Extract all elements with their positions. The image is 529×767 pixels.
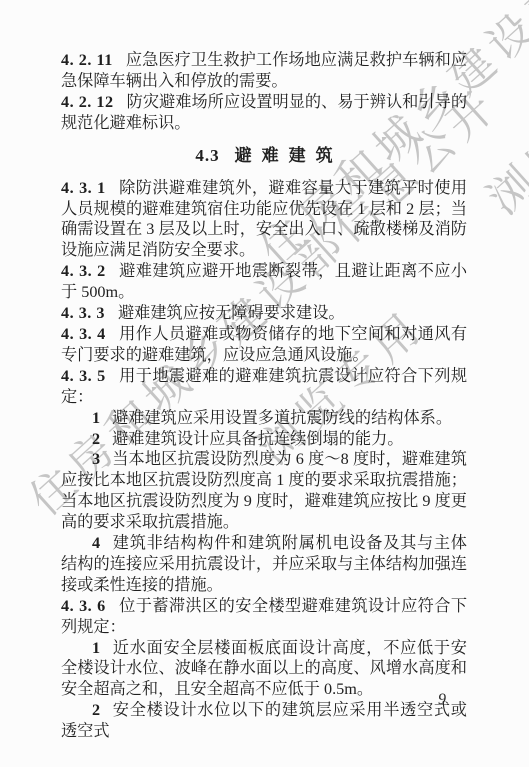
clause-number: 4. 3. 6 — [61, 597, 106, 615]
sub-item: 1避难建筑应采用设置多道抗震防线的结构体系。 — [61, 408, 467, 429]
clause-paragraph: 4. 3. 5用于地震避难的避难建筑抗震设计应符合下列规定： — [61, 366, 467, 408]
sub-item-number: 2 — [92, 701, 100, 719]
clause-text: 应急医疗卫生救护工作场地应满足救护车辆和应急保障车辆出入和停放的需要。 — [61, 51, 467, 90]
clause-number: 4. 3. 4 — [61, 325, 106, 343]
clause-paragraph: 4. 2. 12防灾避难场所应设置明显的、易于辨认和引导的规范化避难标识。 — [61, 92, 467, 134]
sub-item-number: 1 — [92, 409, 100, 427]
clause-paragraph: 4. 3. 1除防洪避难建筑外，避难容量大于建筑平时使用人员规模的避难建筑宿住功… — [61, 178, 467, 262]
document-page: 住房和城乡建设部信息公开 浏览专用 住房和城乡建设部信息公开 浏览专用 4. 2… — [0, 0, 529, 767]
clause-number: 4. 3. 1 — [61, 179, 106, 197]
clause-number: 4. 3. 2 — [61, 262, 106, 280]
clause-paragraph: 4. 3. 4用作人员避难或物资储存的地下空间和对通风有专门要求的避难建筑，应设… — [61, 324, 467, 366]
sub-item: 4建筑非结构构件和建筑附属机电设备及其与主体结构的连接应采用抗震设计，并应采取与… — [61, 533, 467, 596]
clause-text: 用于地震避难的避难建筑抗震设计应符合下列规定： — [61, 367, 467, 406]
clause-number: 4. 3. 5 — [61, 367, 106, 385]
clause-text: 避难建筑应按无障碍要求建设。 — [118, 304, 345, 322]
document-body: 4. 2. 11应急医疗卫生救护工作场地应满足救护车辆和应急保障车辆出入和停放的… — [61, 50, 467, 742]
sub-item-number: 2 — [92, 430, 100, 448]
sub-item-text: 当本地区抗震设防烈度为 6 度～8 度时，避难建筑应按比本地区抗震设防烈度高 1… — [61, 450, 467, 531]
sub-item-number: 4 — [92, 534, 100, 552]
page-number: 9 — [438, 691, 446, 709]
section-heading: 4.3避难建筑 — [61, 145, 467, 166]
clause-paragraph: 4. 3. 2避难建筑应避开地震断裂带，且避让距离不应小于 500m。 — [61, 261, 467, 303]
heading-title: 避难建筑 — [235, 146, 343, 165]
sub-item: 2避难建筑设计应具备抗连续倒塌的能力。 — [61, 429, 467, 450]
clause-paragraph: 4. 3. 6位于蓄滞洪区的安全楼型避难建筑设计应符合下列规定： — [61, 596, 467, 638]
sub-item-text: 近水面安全层楼面板底面设计高度，不应低于安全楼设计水位、波峰在静水面以上的高度、… — [61, 639, 467, 699]
sub-item: 3当本地区抗震设防烈度为 6 度～8 度时，避难建筑应按比本地区抗震设防烈度高 … — [61, 449, 467, 533]
sub-item-text: 建筑非结构构件和建筑附属机电设备及其与主体结构的连接应采用抗震设计，并应采取与主… — [61, 534, 467, 594]
clause-paragraph: 4. 3. 3避难建筑应按无障碍要求建设。 — [61, 303, 467, 324]
sub-item: 2安全楼设计水位以下的建筑层应采用半透空式或透空式 — [61, 700, 467, 742]
clause-text: 避难建筑应避开地震断裂带，且避让距离不应小于 500m。 — [61, 262, 467, 301]
sub-item-text: 避难建筑设计应具备抗连续倒塌的能力。 — [112, 430, 403, 448]
heading-number: 4.3 — [195, 146, 219, 165]
sub-item-number: 1 — [92, 639, 100, 657]
clause-number: 4. 2. 12 — [61, 93, 114, 111]
clause-paragraph: 4. 2. 11应急医疗卫生救护工作场地应满足救护车辆和应急保障车辆出入和停放的… — [61, 50, 467, 92]
sub-item: 1近水面安全层楼面板底面设计高度，不应低于安全楼设计水位、波峰在静水面以上的高度… — [61, 638, 467, 701]
clause-text: 除防洪避难建筑外，避难容量大于建筑平时使用人员规模的避难建筑宿住功能应优先设在 … — [61, 179, 467, 260]
clause-text: 用作人员避难或物资储存的地下空间和对通风有专门要求的避难建筑，应设应急通风设施。 — [61, 325, 467, 364]
clause-number: 4. 3. 3 — [61, 304, 105, 322]
sub-item-text: 安全楼设计水位以下的建筑层应采用半透空式或透空式 — [61, 701, 467, 740]
clause-number: 4. 2. 11 — [61, 51, 113, 69]
clause-text: 位于蓄滞洪区的安全楼型避难建筑设计应符合下列规定： — [61, 597, 467, 636]
sub-item-text: 避难建筑应采用设置多道抗震防线的结构体系。 — [112, 409, 452, 427]
clause-text: 防灾避难场所应设置明显的、易于辨认和引导的规范化避难标识。 — [61, 93, 467, 132]
sub-item-number: 3 — [92, 450, 100, 468]
